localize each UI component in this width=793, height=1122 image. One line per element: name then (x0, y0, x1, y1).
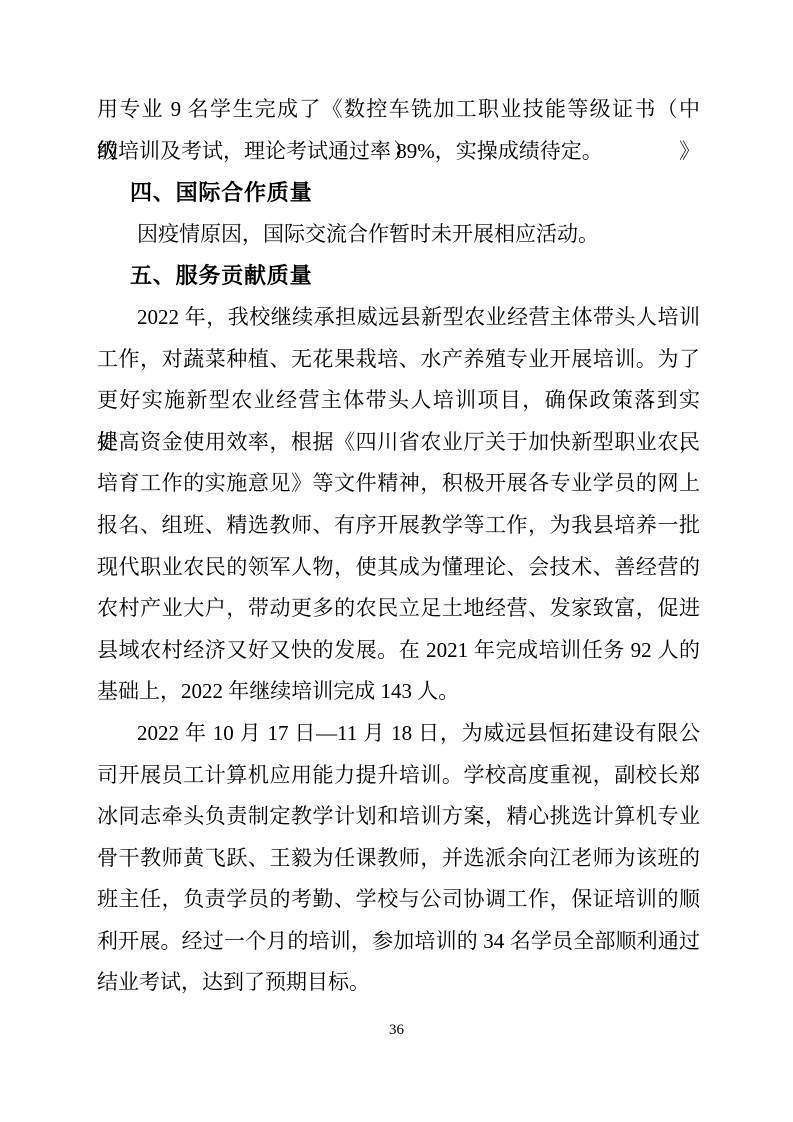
text-line: 培育工作的实施意见》等文件精神，积极开展各专业学员的网上 (97, 463, 700, 505)
text-line: 骨干教师黄飞跃、王毅为任课教师，并选派余向江老师为该班的 (97, 838, 700, 880)
text-line: 现代职业农民的领军人物，使其成为懂理论、会技术、善经营的 (97, 547, 700, 589)
document-body: 用专业 9 名学生完成了《数控车铣加工职业技能等级证书（中级）》 的培训及考试，… (97, 89, 700, 1004)
text-line: 工作，对蔬菜种植、无花果栽培、水产养殖专业开展培训。为了 (97, 339, 700, 381)
text-line: 2022 年，我校继续承担威远县新型农业经营主体带头人培训 (97, 297, 700, 339)
text-line: 县域农村经济又好又快的发展。在 2021 年完成培训任务 92 人的 (97, 630, 700, 672)
text-line: 冰同志牵头负责制定教学计划和培训方案，精心挑选计算机专业 (97, 796, 700, 838)
section-heading-4: 四、国际合作质量 (97, 172, 700, 214)
text-line: 结业考试，达到了预期目标。 (97, 962, 700, 1004)
text-line: 报名、组班、精选教师、有序开展教学等工作，为我县培养一批 (97, 505, 700, 547)
text-line: 因疫情原因，国际交流合作暂时未开展相应活动。 (97, 214, 700, 256)
page-number: 36 (0, 1022, 793, 1039)
text-line: 基础上，2022 年继续培训完成 143 人。 (97, 671, 700, 713)
text-line: 提高资金使用效率，根据《四川省农业厅关于加快新型职业农民 (97, 422, 700, 464)
text-line: 2022 年 10 月 17 日—11 月 18 日，为威远县恒拓建设有限公 (97, 713, 700, 755)
section-heading-5: 五、服务贡献质量 (97, 255, 700, 297)
text-line: 更好实施新型农业经营主体带头人培训项目，确保政策落到实处， (97, 380, 700, 422)
document-page: 用专业 9 名学生完成了《数控车铣加工职业技能等级证书（中级）》 的培训及考试，… (0, 0, 793, 1122)
text-line: 司开展员工计算机应用能力提升培训。学校高度重视，副校长郑 (97, 755, 700, 797)
text-line: 班主任，负责学员的考勤、学校与公司协调工作，保证培训的顺 (97, 879, 700, 921)
text-line: 用专业 9 名学生完成了《数控车铣加工职业技能等级证书（中级）》 (97, 89, 700, 131)
text-line: 农村产业大户，带动更多的农民立足土地经营、发家致富，促进 (97, 588, 700, 630)
text-line: 利开展。经过一个月的培训，参加培训的 34 名学员全部顺利通过 (97, 921, 700, 963)
